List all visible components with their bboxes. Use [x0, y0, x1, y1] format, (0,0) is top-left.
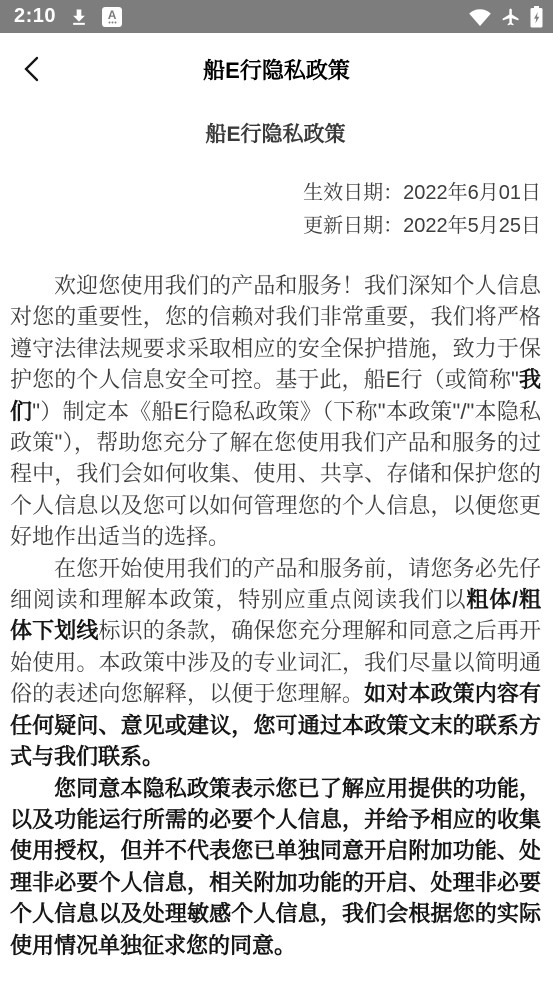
app-notification-a-icon: A	[102, 7, 122, 27]
back-chevron-icon	[22, 55, 42, 83]
download-icon	[69, 7, 89, 27]
status-bar: 2:10 A	[0, 0, 553, 33]
document-title: 船E行隐私政策	[10, 121, 541, 149]
airplane-mode-icon	[501, 7, 521, 27]
policy-content[interactable]: 船E行隐私政策 生效日期：2022年6月01日 更新日期：2022年5月25日 …	[0, 121, 553, 961]
a-badge-dots	[108, 21, 117, 24]
wifi-icon	[468, 7, 492, 27]
page-title: 船E行隐私政策	[0, 54, 553, 85]
date-block: 生效日期：2022年6月01日 更新日期：2022年5月25日	[10, 177, 541, 243]
paragraph: 欢迎您使用我们的产品和服务！我们深知个人信息对您的重要性，您的信赖对我们非常重要…	[10, 270, 541, 553]
effective-date: 生效日期：2022年6月01日	[10, 177, 541, 210]
app-header: 船E行隐私政策	[0, 33, 553, 105]
battery-charging-icon	[530, 6, 543, 28]
a-badge-letter: A	[108, 10, 117, 21]
update-date: 更新日期：2022年5月25日	[10, 210, 541, 243]
back-button[interactable]	[10, 45, 54, 93]
status-time: 2:10	[14, 5, 56, 28]
policy-paragraphs: 欢迎您使用我们的产品和服务！我们深知个人信息对您的重要性，您的信赖对我们非常重要…	[10, 270, 541, 961]
paragraph: 在您开始使用我们的产品和服务前，请您务必先仔细阅读和理解本政策，特别应重点阅读我…	[10, 553, 541, 773]
paragraph: 您同意本隐私政策表示您已了解应用提供的功能，以及功能运行所需的必要个人信息，并给…	[10, 773, 541, 961]
